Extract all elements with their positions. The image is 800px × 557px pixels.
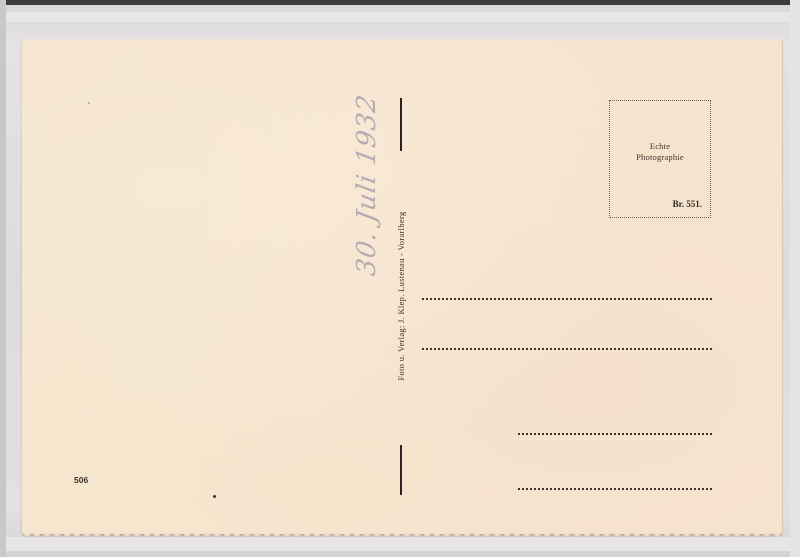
sleeve-top-edge — [0, 0, 800, 5]
address-line-3 — [518, 433, 712, 435]
stamp-label-line2: Photographie — [610, 152, 710, 163]
sleeve-bottom-band — [0, 537, 800, 551]
stamp-box-number: Br. 551. — [673, 199, 702, 209]
publisher-imprint: Foto u. Verlag: J. Klep. Lustenau - Vora… — [396, 212, 406, 381]
stamp-box: Echte Photographie Br. 551. — [609, 100, 711, 218]
sleeve-right-edge — [790, 0, 800, 557]
paper-tone — [22, 40, 382, 534]
address-line-2 — [422, 348, 712, 350]
divider-line-top — [400, 98, 402, 151]
sleeve-highlight-band — [0, 12, 800, 22]
card-number: 506 — [74, 475, 88, 485]
postcard-back: 30. Juli 1932 Foto u. Verlag: J. Klep. L… — [22, 40, 782, 534]
address-line-1 — [422, 298, 712, 300]
address-line-4 — [518, 488, 712, 490]
sleeve-left-edge — [0, 0, 6, 557]
stamp-box-label: Echte Photographie — [610, 141, 710, 163]
paper-speck — [88, 102, 90, 104]
ink-speck — [213, 495, 216, 498]
divider-line-bottom — [400, 445, 402, 495]
handwritten-date: 30. Juli 1932 — [352, 92, 382, 278]
stamp-label-line1: Echte — [610, 141, 710, 152]
